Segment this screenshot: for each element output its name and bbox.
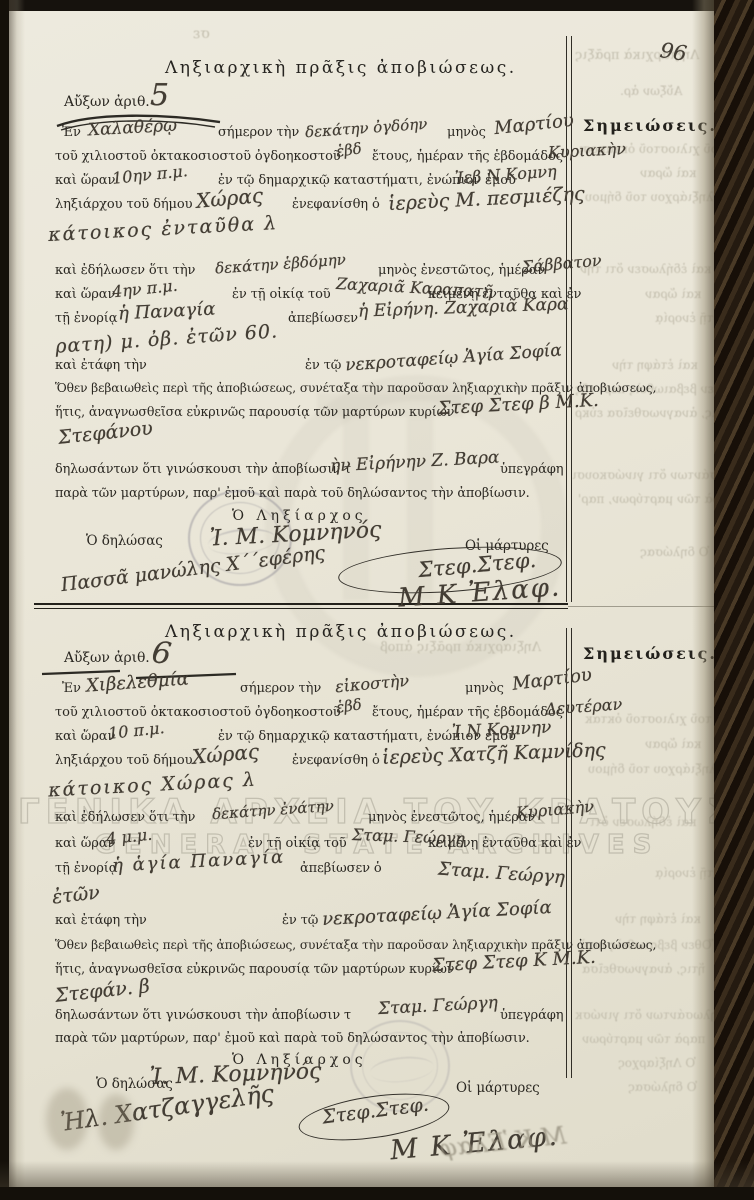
act1-witness-extra: Στεφάνου bbox=[57, 417, 154, 449]
page-curve-left bbox=[9, 0, 25, 1200]
bleedthrough-text: Ὁ Ληξίαρχος bbox=[618, 1056, 696, 1070]
act1-lbl-oran2: καὶ ὥραν bbox=[55, 287, 115, 302]
act1-weekday: Κυριακὴν bbox=[548, 139, 627, 162]
act1-lbl-itis: ἥτις, ἀναγνωσθεῖσα εὐκρινῶς παρουσίᾳ τῶν… bbox=[55, 404, 454, 419]
act2-serial-label: Αὔξων ἀριθ. bbox=[64, 650, 150, 666]
act2-lbl-oran: καὶ ὥραν bbox=[55, 729, 115, 744]
act1-lbl-dilosanton: δηλωσάντων ὅτι γινώσκουσι τὴν ἀποβίωσιν … bbox=[55, 462, 351, 477]
act2-title: Ληξιαρχικὴ πρᾶξις ἀποβιώσεως. bbox=[165, 622, 517, 642]
act1-lbl-etafi: καὶ ἐτάφη τὴν bbox=[55, 358, 147, 373]
act1-year-word: ἑβδ bbox=[335, 139, 363, 160]
bleedthrough-text: παρὰ τῶν μαρτύρων bbox=[582, 1032, 706, 1046]
act1-dilosas-label: Ὁ δηλώσας bbox=[86, 533, 163, 549]
bleedthrough-text: καὶ ἐδήλωσεν ὅτι bbox=[590, 815, 696, 829]
act1-serial-value: 5 bbox=[150, 78, 169, 113]
bleedthrough-text: Ληξιαρχικὰ πρᾶξις ἀποβ bbox=[380, 640, 541, 655]
act1-lbl-enestotos: μηνὸς ἐνεστῶτος, ἡμέραν bbox=[378, 263, 545, 278]
act1-lbl-minos: μηνὸς bbox=[447, 125, 486, 140]
act1-deceased: ἡ Εἰρήνη. Ζαχαριᾶ Καρα bbox=[358, 294, 569, 321]
act2-lbl-paraton: παρὰ τῶν μαρτύρων, παρ' ἐμοῦ καὶ παρὰ το… bbox=[55, 1031, 530, 1046]
act2-lbl-itis: ἥτις, ἀναγνωσθεῖσα εὐκρινῶς παρουσίᾳ τῶν… bbox=[55, 961, 454, 976]
act2-municipality: Χώρας bbox=[191, 739, 260, 769]
bleedthrough-text: καὶ ἐτάφη τὴν bbox=[612, 358, 698, 372]
notes-column-rule-bottom bbox=[566, 628, 572, 1078]
book-cover-edge-right bbox=[714, 0, 754, 1200]
act1-lbl-oikia: ἐν τῇ οἰκίᾳ τοῦ bbox=[232, 287, 331, 302]
act2-deceased-cont: ἐτῶν bbox=[51, 882, 101, 909]
act1-registrar: Ἰεβ Ν Κομνη bbox=[454, 161, 557, 187]
bleedthrough-text: Αὔξων ἀρ. bbox=[620, 84, 682, 98]
scan-edge-left bbox=[0, 0, 9, 1200]
act1-death-hour: 4ην π.μ. bbox=[111, 276, 178, 302]
act1-hour: 10ην π.μ. bbox=[111, 161, 188, 188]
act1-lbl-etous: ἔτους, ἡμέραν τῆς ἑβδομάδος bbox=[372, 149, 563, 164]
page-curve-bottom bbox=[0, 1161, 754, 1187]
act1-lbl-oran: καὶ ὥραν bbox=[55, 173, 115, 188]
act2-lbl-enefanisthi: ἐνεφανίσθη ὁ bbox=[292, 753, 380, 768]
act2-martyres-label: Οἱ μάρτυρες bbox=[456, 1080, 540, 1096]
act1-lbl-paraton: παρὰ τῶν μαρτύρων, παρ' ἐμοῦ καὶ παρὰ το… bbox=[55, 486, 530, 501]
act2-lbl-ento: ἐν τῷ bbox=[282, 913, 318, 928]
act1-lbl-enoria: τῇ ἐνορίᾳ bbox=[55, 311, 117, 326]
act2-lbl-dilosanton: δηλωσάντων ὅτι γινώσκουσι τὴν ἀποβίωσιν … bbox=[55, 1008, 351, 1023]
act2-lbl-minos: μηνὸς bbox=[465, 681, 504, 696]
act2-cemetery: νεκροταφείῳ Ἁγία Σοφία bbox=[322, 897, 553, 930]
act1-municipality: Χώρας bbox=[195, 183, 264, 213]
act1-death-day: δεκάτην ἑβδόμην bbox=[215, 250, 347, 277]
bleedthrough-text: ἥτις, ἀναγνωσθεῖσα bbox=[582, 962, 705, 976]
scan-edge-bottom bbox=[0, 1187, 754, 1200]
act2-dilosas-label: Ὁ δηλώσας bbox=[96, 1076, 173, 1092]
act2-lbl-edilosen: καὶ ἐδήλωσεν ὅτι τὴν bbox=[55, 810, 195, 825]
act1-lbl-lixiarchou: ληξιάρχου τοῦ δήμου bbox=[55, 197, 192, 212]
fingerprint-smudge-2 bbox=[98, 1094, 134, 1150]
act1-lbl-ypegrafi: ὑπεγράφη bbox=[500, 462, 563, 477]
act2-lbl-ypegrafi: ὑπεγράφη bbox=[500, 1008, 563, 1023]
act2-lbl-en: Ἐν bbox=[62, 681, 81, 696]
registry-page-scan: ΓΕΝΙΚΑ ΑΡΧΕΙΑ ΤΟΥ ΚΡΑΤΟΥΣ GENERAL STATE … bbox=[0, 0, 754, 1200]
act1-lbl-en: Ἐν bbox=[62, 125, 81, 140]
act2-lbl-year: τοῦ χιλιοστοῦ ὀκτακοσιοστοῦ ὀγδοηκοστοῦ bbox=[55, 705, 341, 720]
act1-day: δεκάτην ὀγδόην bbox=[305, 115, 428, 141]
act2-known-deceased: Σταμ. Γεώργη bbox=[378, 993, 499, 1019]
bleedthrough-text: Ὁ δηλώσας bbox=[628, 1080, 697, 1094]
act2-lbl-enestotos: μηνὸς ἐνεστῶτος, ἡμέραν bbox=[368, 810, 535, 825]
act2-lbl-apebiosen: ἀπεβίωσεν ὁ bbox=[300, 861, 382, 876]
bleedthrough-text: καὶ ἐτάφη τὴν bbox=[615, 912, 701, 926]
act2-day: εἰκοστὴν bbox=[334, 671, 409, 696]
fingerprint-smudge-1 bbox=[46, 1088, 88, 1150]
act2-witness-extra: Στεφάν. β bbox=[54, 975, 151, 1007]
act1-place: Χαλαθέρῳ bbox=[88, 116, 178, 141]
act1-month: Μαρτίου bbox=[493, 110, 575, 139]
act1-parish: ἡ Παναγία bbox=[118, 298, 216, 324]
bleedthrough-text: καὶ ὥραν bbox=[640, 166, 696, 180]
act2-lbl-simeron: σήμερον τὴν bbox=[240, 681, 321, 696]
bleedthrough-text: σε bbox=[193, 26, 210, 42]
act2-lbl-etafi: καὶ ἐτάφη τὴν bbox=[55, 913, 147, 928]
act1-lbl-enefanisthi: ἐνεφανίσθη ὁ bbox=[292, 197, 380, 212]
act1-lbl-simeron: σήμερον τὴν bbox=[218, 125, 299, 140]
act1-lbl-ento: ἐν τῷ bbox=[305, 358, 341, 373]
act1-title: Ληξιαρχικὴ πρᾶξις ἀποβιώσεως. bbox=[165, 58, 517, 78]
act2-lbl-lixiarchou: ληξιάρχου τοῦ δήμου bbox=[55, 753, 192, 768]
act1-known-deceased: ὴν Εἰρήνην Ζ. Βαρα bbox=[330, 448, 500, 477]
act1-cemetery: νεκροταφείῳ Ἁγία Σοφία bbox=[345, 340, 563, 375]
page-number: 96 bbox=[658, 38, 688, 66]
act2-registrar: Ἰ Ν Κομνην bbox=[452, 717, 552, 742]
act2-month: Μαρτίου bbox=[511, 664, 593, 695]
act1-lbl-year: τοῦ χιλιοστοῦ ὀκτακοσιοστοῦ ὀγδοηκοστοῦ bbox=[55, 149, 341, 164]
act2-lbl-keimeni: κειμένῃ ἐνταῦθα καὶ ἐν bbox=[428, 836, 581, 851]
act2-deceased: Σταμ. Γεώργη bbox=[437, 859, 565, 889]
scan-edge-top bbox=[0, 0, 754, 11]
act2-lbl-enoria: τῇ ἐνορίᾳ bbox=[55, 861, 117, 876]
page-edge-right bbox=[692, 0, 714, 1200]
act1-serial-label: Αὔξων ἀριθ. bbox=[64, 94, 150, 110]
act2-serial-value: 6 bbox=[150, 635, 174, 672]
act2-year-word: ἑβδ bbox=[335, 695, 363, 716]
act1-lbl-apebiosen: ἀπεβίωσεν bbox=[288, 311, 358, 326]
act2-hour: 10 π.μ. bbox=[107, 718, 165, 743]
act1-resident-line: κάτοικος ἐνταῦθα λ bbox=[48, 212, 279, 246]
